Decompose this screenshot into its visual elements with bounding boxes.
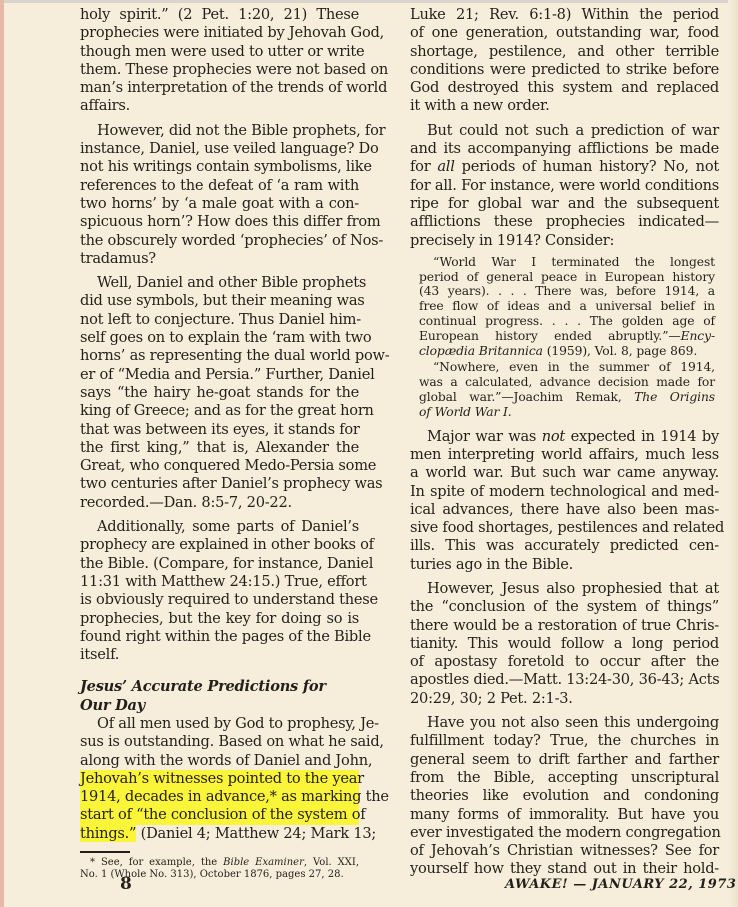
quote-line: European history ended abruptly.”—Ency-	[419, 329, 715, 344]
text-line: self goes on to explain the ‘ram with tw…	[80, 329, 359, 347]
page-number: 8	[120, 874, 132, 894]
text-line: man’s interpretation of the trends of wo…	[80, 79, 359, 97]
paragraph-5: Of all men used by God to prophesy, Je- …	[80, 715, 359, 843]
paragraph-r1: Luke 21; Rev. 6:1-8) Within the period o…	[410, 6, 719, 116]
text-line: the “conclusion of the system of things”	[410, 598, 719, 616]
text-line: Luke 21; Rev. 6:1-8) Within the period	[410, 6, 719, 24]
text-line: references to the defeat of ‘a ram with	[80, 177, 359, 195]
text-line: and its accompanying afflictions be made	[410, 140, 719, 158]
text-line: Of all men used by God to prophesy, Je-	[80, 715, 359, 733]
text-line: holy spirit.” (2 Pet. 1:20, 21) These	[80, 6, 359, 24]
text-line: 20:29, 30; 2 Pet. 2:1-3.	[410, 690, 719, 708]
text-line: ills. This was accurately predicted cen-	[410, 537, 719, 555]
right-column: Luke 21; Rev. 6:1-8) Within the period o…	[410, 6, 719, 879]
text-line: However, Jesus also prophesied that at	[410, 580, 719, 598]
text-line: But could not such a prediction of war	[410, 122, 719, 140]
text-line: itself.	[80, 646, 359, 664]
text-line: of one generation, outstanding war, food	[410, 24, 719, 42]
text-line: king of Greece; and as for the great hor…	[80, 402, 359, 420]
text-line: a world war. But such war came anyway.	[410, 464, 719, 482]
text-line: turies ago in the Bible.	[410, 556, 719, 574]
text-line: ever investigated the modern congregatio…	[410, 824, 719, 842]
text-line: However, did not the Bible prophets, for	[80, 122, 359, 140]
text-line: spicuous horn’? How does this differ fro…	[80, 213, 359, 231]
text-line: er of “Media and Persia.” Further, Danie…	[80, 366, 359, 384]
text-line: did use symbols, but their meaning was	[80, 292, 359, 310]
text-line: of Jehovah’s Christian witnesses? See fo…	[410, 842, 719, 860]
text-line: apostles died.—Matt. 13:24-30, 36-43; Ac…	[410, 671, 719, 689]
quote-line: “World War I terminated the longest	[419, 255, 715, 270]
text-line: shortage, pestilence, and other terrible	[410, 43, 719, 61]
text-line: men interpreting world affairs, much les…	[410, 446, 719, 464]
text-line: Additionally, some parts of Daniel’s	[80, 518, 359, 536]
text-line: ripe for global war and the subsequent	[410, 195, 719, 213]
text-line: the Bible. (Compare, for instance, Danie…	[80, 555, 359, 573]
text-line: general seem to drift farther and farthe…	[410, 751, 719, 769]
text-line: sus is outstanding. Based on what he sai…	[80, 733, 359, 751]
quote-line: free flow of ideas and a universal belie…	[419, 299, 715, 314]
quote-line: (43 years). . . . There was, before 1914…	[419, 284, 715, 299]
text-line: afflictions these prophecies indicated—	[410, 213, 719, 231]
text-line: things.” (Daniel 4; Matthew 24; Mark 13;	[80, 825, 359, 843]
text-line: it with a new order.	[410, 97, 719, 115]
text-line: is obviously required to understand thes…	[80, 591, 359, 609]
quote-line: global war.”—Joachim Remak, The Origins	[419, 390, 715, 405]
text-line: affairs.	[80, 97, 359, 115]
text-line: tradamus?	[80, 250, 359, 268]
quote-line: was a calculated, advance decision made …	[419, 375, 715, 390]
text-line: prophecy are explained in other books of	[80, 536, 359, 554]
text-line: though men were used to utter or write	[80, 43, 359, 61]
text-line: found right within the pages of the Bibl…	[80, 628, 359, 646]
text-line: God destroyed this system and replaced	[410, 79, 719, 97]
text-line: the first king,” that is, Alexander the	[80, 439, 359, 457]
text-line: not left to conjecture. Thus Daniel him-	[80, 311, 359, 329]
text-line: many forms of immorality. But have you	[410, 806, 719, 824]
paragraph-r2: But could not such a prediction of war a…	[410, 122, 719, 250]
text-line: them. These prophecies were not based on	[80, 61, 359, 79]
quote-line: “Nowhere, even in the summer of 1914,	[419, 360, 715, 375]
highlighted-line: start of “the conclusion of the system o…	[80, 806, 359, 824]
text-fragment: (Daniel 4; Matthew 24; Mark 13;	[136, 825, 376, 842]
text-line: Major war was not expected in 1914 by	[410, 428, 719, 446]
paragraph-2: However, did not the Bible prophets, for…	[80, 122, 359, 268]
left-column: holy spirit.” (2 Pet. 1:20, 21) These pr…	[80, 6, 359, 880]
text-line: that was between its eyes, it stands for	[80, 421, 359, 439]
scan-right-edge	[728, 0, 738, 907]
text-line: precisely in 1914? Consider:	[410, 232, 719, 250]
text-line: says “the hairy he-goat stands for the	[80, 384, 359, 402]
text-line: two centuries after Daniel’s prophecy wa…	[80, 475, 359, 493]
text-line: In spite of modern technological and med…	[410, 483, 719, 501]
text-line: prophecies were initiated by Jehovah God…	[80, 24, 359, 42]
text-line: for all. For instance, were world condit…	[410, 177, 719, 195]
paragraph-1: holy spirit.” (2 Pet. 1:20, 21) These pr…	[80, 6, 359, 116]
block-quote-2: “Nowhere, even in the summer of 1914, wa…	[410, 360, 719, 419]
text-line: along with the words of Daniel and John,	[80, 752, 359, 770]
text-line: the obscurely worded ‘prophecies’ of Nos…	[80, 232, 359, 250]
block-quote-1: “World War I terminated the longest peri…	[410, 255, 719, 359]
paragraph-r3: Major war was not expected in 1914 by me…	[410, 428, 719, 574]
text-line: Great, who conquered Medo-Persia some	[80, 457, 359, 475]
text-line: instance, Daniel, use veiled language? D…	[80, 140, 359, 158]
text-line: for all periods of human history? No, no…	[410, 158, 719, 176]
text-line: horns’ as representing the dual world po…	[80, 347, 359, 365]
text-line: recorded.—Dan. 8:5-7, 20-22.	[80, 494, 359, 512]
running-footer: AWAKE! — JANUARY 22, 1973	[505, 877, 736, 892]
paragraph-4: Additionally, some parts of Daniel’s pro…	[80, 518, 359, 664]
paragraph-r5: Have you not also seen this undergoing f…	[410, 714, 719, 879]
text-line: fulfillment today? True, the churches in	[410, 732, 719, 750]
footnote-rule	[80, 851, 130, 853]
scan-top-edge	[0, 0, 738, 3]
scan-left-edge	[0, 0, 4, 907]
paragraph-r4: However, Jesus also prophesied that at t…	[410, 580, 719, 708]
text-line: of apostasy foretold to occur after the	[410, 653, 719, 671]
text-line: two horns’ by ‘a male goat with a con-	[80, 195, 359, 213]
quote-line: of World War I.	[419, 405, 715, 420]
text-line: from the Bible, accepting unscriptural	[410, 769, 719, 787]
text-line: sive food shortages, pestilences and rel…	[410, 519, 719, 537]
paragraph-3: Well, Daniel and other Bible prophets di…	[80, 274, 359, 512]
text-line: ical advances, there have also been mas-	[410, 501, 719, 519]
quote-line: period of general peace in European hist…	[419, 270, 715, 285]
footnote-line: * See, for example, the Bible Examiner, …	[80, 857, 359, 869]
text-line: Well, Daniel and other Bible prophets	[80, 274, 359, 292]
highlighted-text: things.”	[80, 825, 136, 842]
text-line: there would be a restoration of true Chr…	[410, 617, 719, 635]
highlighted-line: 1914, decades in advance,* as marking th…	[80, 788, 359, 806]
text-line: prophecies, but the key for doing so is	[80, 610, 359, 628]
text-line: not his writings contain symbolisms, lik…	[80, 158, 359, 176]
quote-line: continual progress. . . . The golden age…	[419, 314, 715, 329]
highlighted-line: Jehovah’s witnesses pointed to the year	[80, 770, 359, 788]
text-line: Have you not also seen this undergoing	[410, 714, 719, 732]
quote-line: clopædia Britannica (1959), Vol. 8, page…	[419, 344, 715, 359]
text-line: 11:31 with Matthew 24:15.) True, effort	[80, 573, 359, 591]
text-line: tianity. This would follow a long period	[410, 635, 719, 653]
text-line: conditions were predicted to strike befo…	[410, 61, 719, 79]
text-line: yourself how they stand out in their hol…	[410, 860, 719, 878]
section-heading: Jesus’ Accurate Predictions for Our Day	[80, 678, 359, 715]
text-line: theories like evolution and condoning	[410, 787, 719, 805]
